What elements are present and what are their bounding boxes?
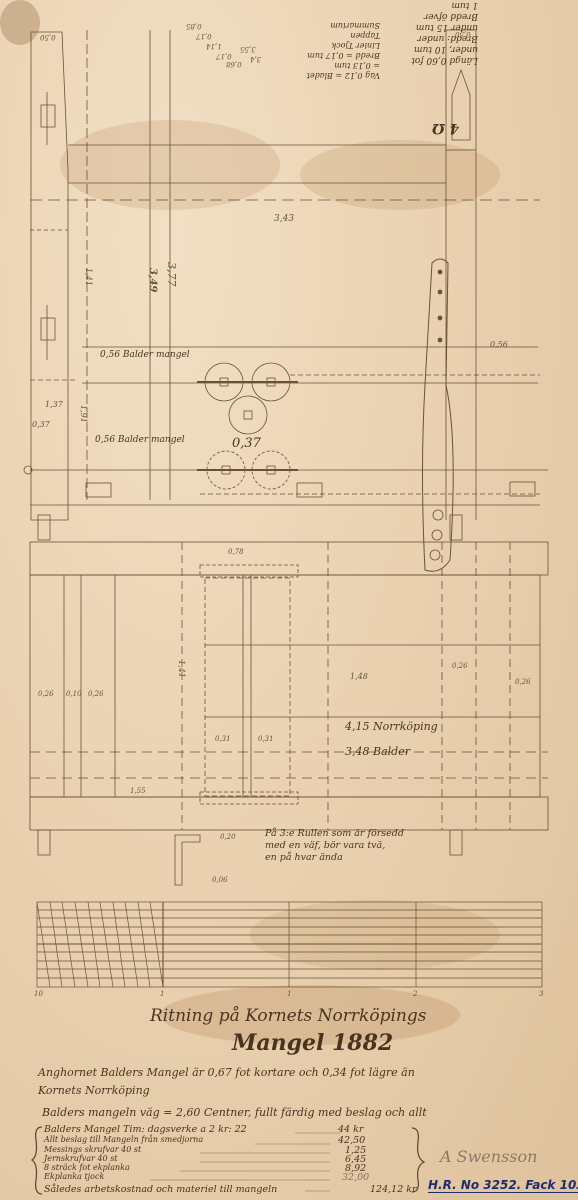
pencil-figure: 3,55 <box>240 45 256 53</box>
center-note: Vag 0,12 = Bladet = 0,13 tum Bredd = 0,1… <box>307 20 380 80</box>
cost-label: Messings skrufvar 40 st <box>44 1145 141 1154</box>
upper-roller-label: 0,56 Balder mangel <box>100 350 190 360</box>
dimension-label: 1,91 <box>79 405 88 423</box>
signature: A Swensson <box>440 1147 537 1166</box>
dimension-label: 0,37 <box>32 420 50 429</box>
dimension-label: 0,31 <box>215 735 231 743</box>
text-line: Anghornet Balders Mangel är 0,67 fot kor… <box>38 1066 415 1079</box>
total-label: Således arbetskostnad och materiel till … <box>44 1184 277 1195</box>
dimension-label: 0,31 <box>258 735 274 743</box>
plan-norrkoping-label: 4,15 Norrköping <box>345 720 438 733</box>
archive-stamp: H.R. No 3252. Fack 103 <box>428 1178 578 1193</box>
cost-label: Allt beslag till Mangeln från smedjorna <box>44 1135 203 1144</box>
pencil-figure: 0,17 <box>196 32 212 40</box>
dimension-height-balder: 3,49 <box>147 268 158 292</box>
pencil-figure: 0,17 <box>216 52 232 60</box>
dimension-label: 0,26 <box>515 678 531 686</box>
roller-note: På 3:e Rullen som är försedd med en väf,… <box>265 828 404 864</box>
pencil-figure: 0,68 <box>226 60 242 68</box>
cost-label: Ekplanka tjock <box>44 1172 104 1181</box>
dimension-label: 1,55 <box>130 787 146 795</box>
cost-label: 8 sträck fot ekplanka <box>44 1163 130 1172</box>
dimension-label: 0,26 <box>88 690 104 698</box>
scale-tick: 1 <box>160 990 164 998</box>
plan-top-rail <box>30 542 548 575</box>
pencil-figure: 3,4 <box>250 55 261 63</box>
dimension-label: 0,20 <box>220 833 236 841</box>
dimension-label: 1,37 <box>45 400 63 409</box>
drawing-subtitle: Mangel 1882 <box>232 1030 393 1056</box>
lever-arm <box>423 259 454 571</box>
roller-gap-label: 0,37 <box>232 436 261 451</box>
lower-roller-label: 0,56 Balder mangel <box>95 435 185 445</box>
dimension-label: 0,26 <box>38 690 54 698</box>
dimension-width: 3,43 <box>274 214 294 224</box>
dimension-height-norrkoping: 3,77 <box>165 262 178 287</box>
brace-right <box>412 1128 424 1192</box>
cost-label: Jernskrufvar 40 st <box>44 1154 118 1163</box>
text-line: Balders mangeln väg = 2,60 Centner, full… <box>42 1106 427 1119</box>
scale-tick: 10 <box>34 990 43 998</box>
scale-tick: 2 <box>413 990 417 998</box>
dimension-label: 0,50 <box>40 33 56 41</box>
dimension-label: 1,41 <box>177 660 186 678</box>
drawing-title: Ritning på Kornets Norrköpings <box>150 1006 426 1026</box>
dimension-label: 0,56 <box>490 340 508 349</box>
cost-value: 32,00 <box>342 1172 369 1183</box>
plan-bottom-rail <box>30 797 548 830</box>
plan-balder-label: 3,48 Balder <box>345 745 410 758</box>
marker: 4 Ω <box>432 120 459 136</box>
dimension-label: 0,06 <box>212 876 228 884</box>
plan-body <box>30 575 540 797</box>
pencil-figure: 0,85 <box>186 22 202 30</box>
dimension-label: 1,48 <box>350 672 368 681</box>
pencil-figure: 1,14 <box>206 42 222 50</box>
cost-label: Balders Mangel Tim: dagsverke a 2 kr: 22 <box>44 1124 247 1135</box>
dimension-label: 0,26 <box>452 662 468 670</box>
scale-bar <box>37 902 542 987</box>
dimension-height-left: 1,41 <box>84 268 93 286</box>
cost-value: 44 kr <box>338 1124 363 1135</box>
brace-left <box>32 1127 42 1194</box>
right-note: Längd 0,60 fot under, 10 tum Bredd: unde… <box>411 0 478 65</box>
total-value: 124,12 kr <box>370 1184 417 1195</box>
scale-tick: 1 <box>287 990 291 998</box>
scale-tick: 3 <box>539 990 543 998</box>
dimension-label: 0,10 <box>66 690 82 698</box>
text-line: Kornets Norrköping <box>38 1084 150 1097</box>
bracket-detail <box>175 835 200 885</box>
dimension-label: 0,78 <box>228 548 244 556</box>
